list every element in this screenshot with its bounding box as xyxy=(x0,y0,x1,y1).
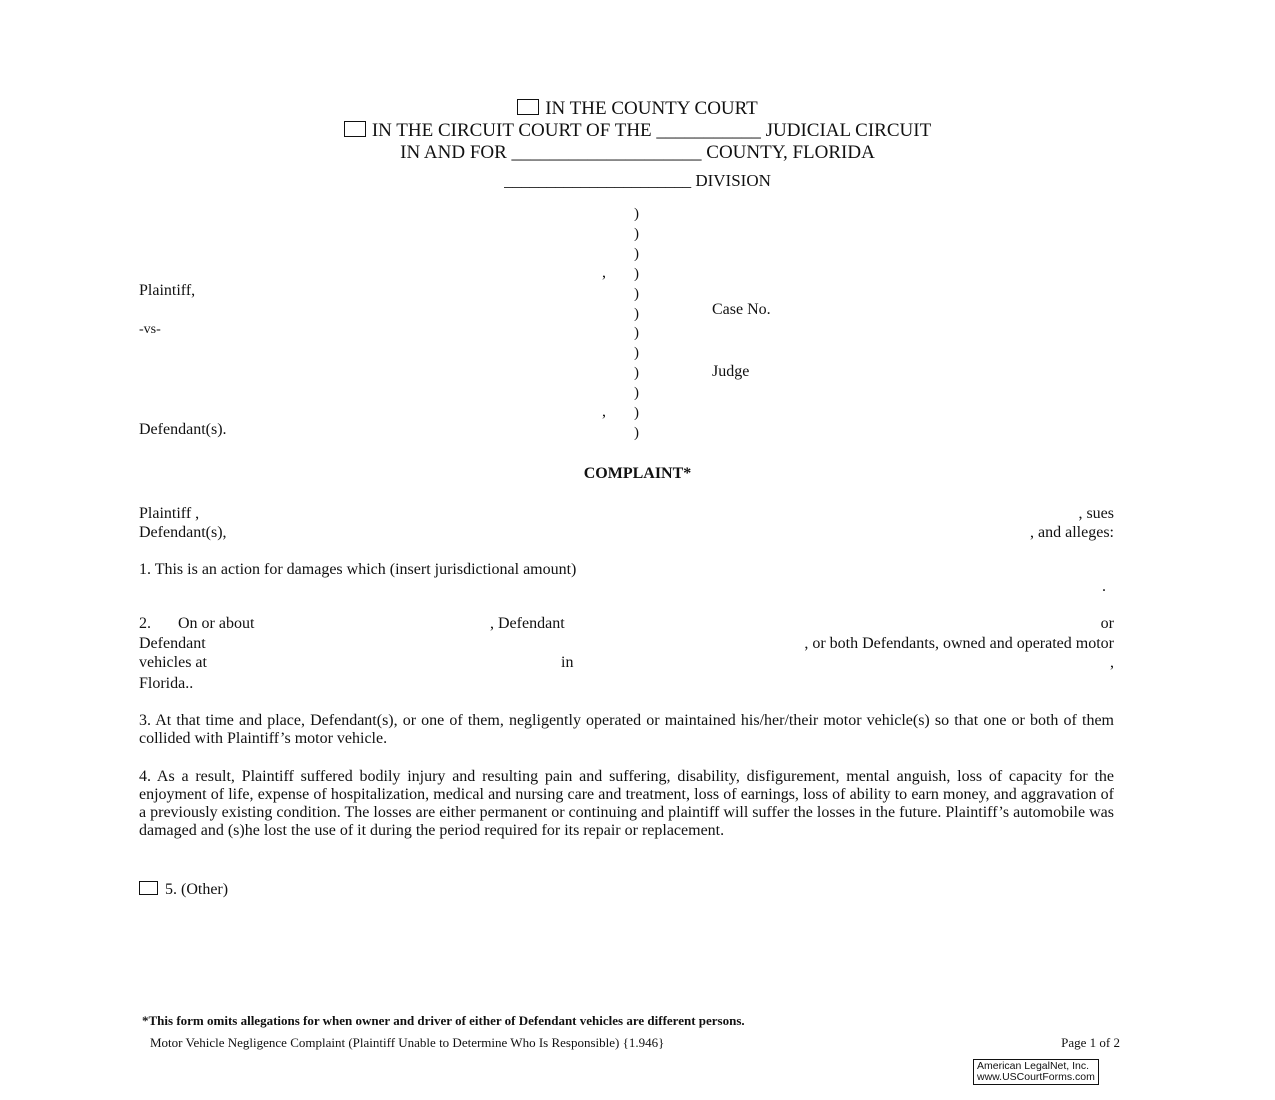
defendant-label: Defendant(s). xyxy=(139,421,227,439)
paragraph-5-label: 5. (Other) xyxy=(165,881,228,898)
paragraph-1-end: . xyxy=(1102,578,1106,596)
bracket-paren: ) xyxy=(634,306,639,323)
p2-both: , or both Defendants, owned and operated… xyxy=(804,635,1114,653)
paragraph-5: 5. (Other) xyxy=(139,881,228,899)
bracket-paren: ) xyxy=(634,325,639,342)
brand-line-2[interactable]: www.USCourtForms.com xyxy=(977,1072,1095,1083)
p2-on-or-about: On or about xyxy=(178,615,254,633)
defendant-comma: , xyxy=(602,403,606,421)
other-checkbox[interactable] xyxy=(139,881,158,895)
bracket-paren: ) xyxy=(634,246,639,263)
p2-comma: , xyxy=(1110,654,1114,672)
bracket-paren: ) xyxy=(634,365,639,382)
circuit-court-line: IN THE CIRCUIT COURT OF THE ___________ … xyxy=(0,120,1275,142)
bracket-paren: ) xyxy=(634,345,639,362)
bracket-paren: ) xyxy=(634,405,639,422)
p2-or: or xyxy=(1101,615,1114,633)
p2-florida: Florida.. xyxy=(139,675,193,693)
p2-defendant: , Defendant xyxy=(490,615,565,633)
county-line: IN AND FOR ____________________ COUNTY, … xyxy=(0,142,1275,164)
paragraph-3: 3. At that time and place, Defendant(s),… xyxy=(139,712,1114,748)
publisher-brand: American LegalNet, Inc. www.USCourtForms… xyxy=(973,1059,1099,1085)
intro-sues: , sues xyxy=(1078,505,1114,523)
paragraph-1-text: 1. This is an action for damages which (… xyxy=(139,561,576,579)
p2-vehicles-at: vehicles at xyxy=(139,654,207,672)
county-court-line: IN THE COUNTY COURT xyxy=(0,98,1275,120)
paragraph-2-line-2: Defendant , or both Defendants, owned an… xyxy=(139,635,1114,655)
division-line: ______________________ DIVISION xyxy=(0,171,1275,191)
page-number: Page 1 of 2 xyxy=(1061,1035,1120,1051)
intro-plaintiff: Plaintiff , xyxy=(139,505,199,523)
judge-label: Judge xyxy=(712,363,749,381)
plaintiff-label: Plaintiff, xyxy=(139,282,195,300)
paragraph-2-line-3: vehicles at in , xyxy=(139,654,1114,674)
circuit-court-label: IN THE CIRCUIT COURT OF THE ___________ … xyxy=(372,120,931,141)
intro-line-1: Plaintiff , , sues xyxy=(139,505,1114,525)
circuit-court-checkbox[interactable] xyxy=(344,121,366,137)
paragraph-2-line-4: Florida.. xyxy=(139,675,1114,695)
bracket-paren: ) xyxy=(634,266,639,283)
vs-label: -vs- xyxy=(139,322,161,338)
bracket-paren: ) xyxy=(634,286,639,303)
intro-defendants: Defendant(s), xyxy=(139,524,227,542)
paragraph-1-end-line: . xyxy=(139,578,1114,598)
complaint-title: COMPLAINT* xyxy=(0,465,1275,483)
footnote: *This form omits allegations for when ow… xyxy=(142,1013,745,1029)
p2-num: 2. xyxy=(139,615,151,633)
bracket-paren: ) xyxy=(634,206,639,223)
paragraph-2-line-1: 2. On or about , Defendant or xyxy=(139,615,1114,635)
bracket-paren: ) xyxy=(634,385,639,402)
intro-line-2: Defendant(s), , and alleges: xyxy=(139,524,1114,544)
bracket-paren: ) xyxy=(634,226,639,243)
county-court-checkbox[interactable] xyxy=(517,99,539,115)
paragraph-4: 4. As a result, Plaintiff suffered bodil… xyxy=(139,768,1114,840)
bracket-paren: ) xyxy=(634,425,639,442)
intro-alleges: , and alleges: xyxy=(1030,524,1114,542)
plaintiff-comma: , xyxy=(602,264,606,282)
form-name: Motor Vehicle Negligence Complaint (Plai… xyxy=(150,1035,664,1051)
case-no-label: Case No. xyxy=(712,301,771,319)
p2-defendant2: Defendant xyxy=(139,635,206,653)
p2-in: in xyxy=(561,654,573,672)
county-court-label: IN THE COUNTY COURT xyxy=(545,98,758,119)
